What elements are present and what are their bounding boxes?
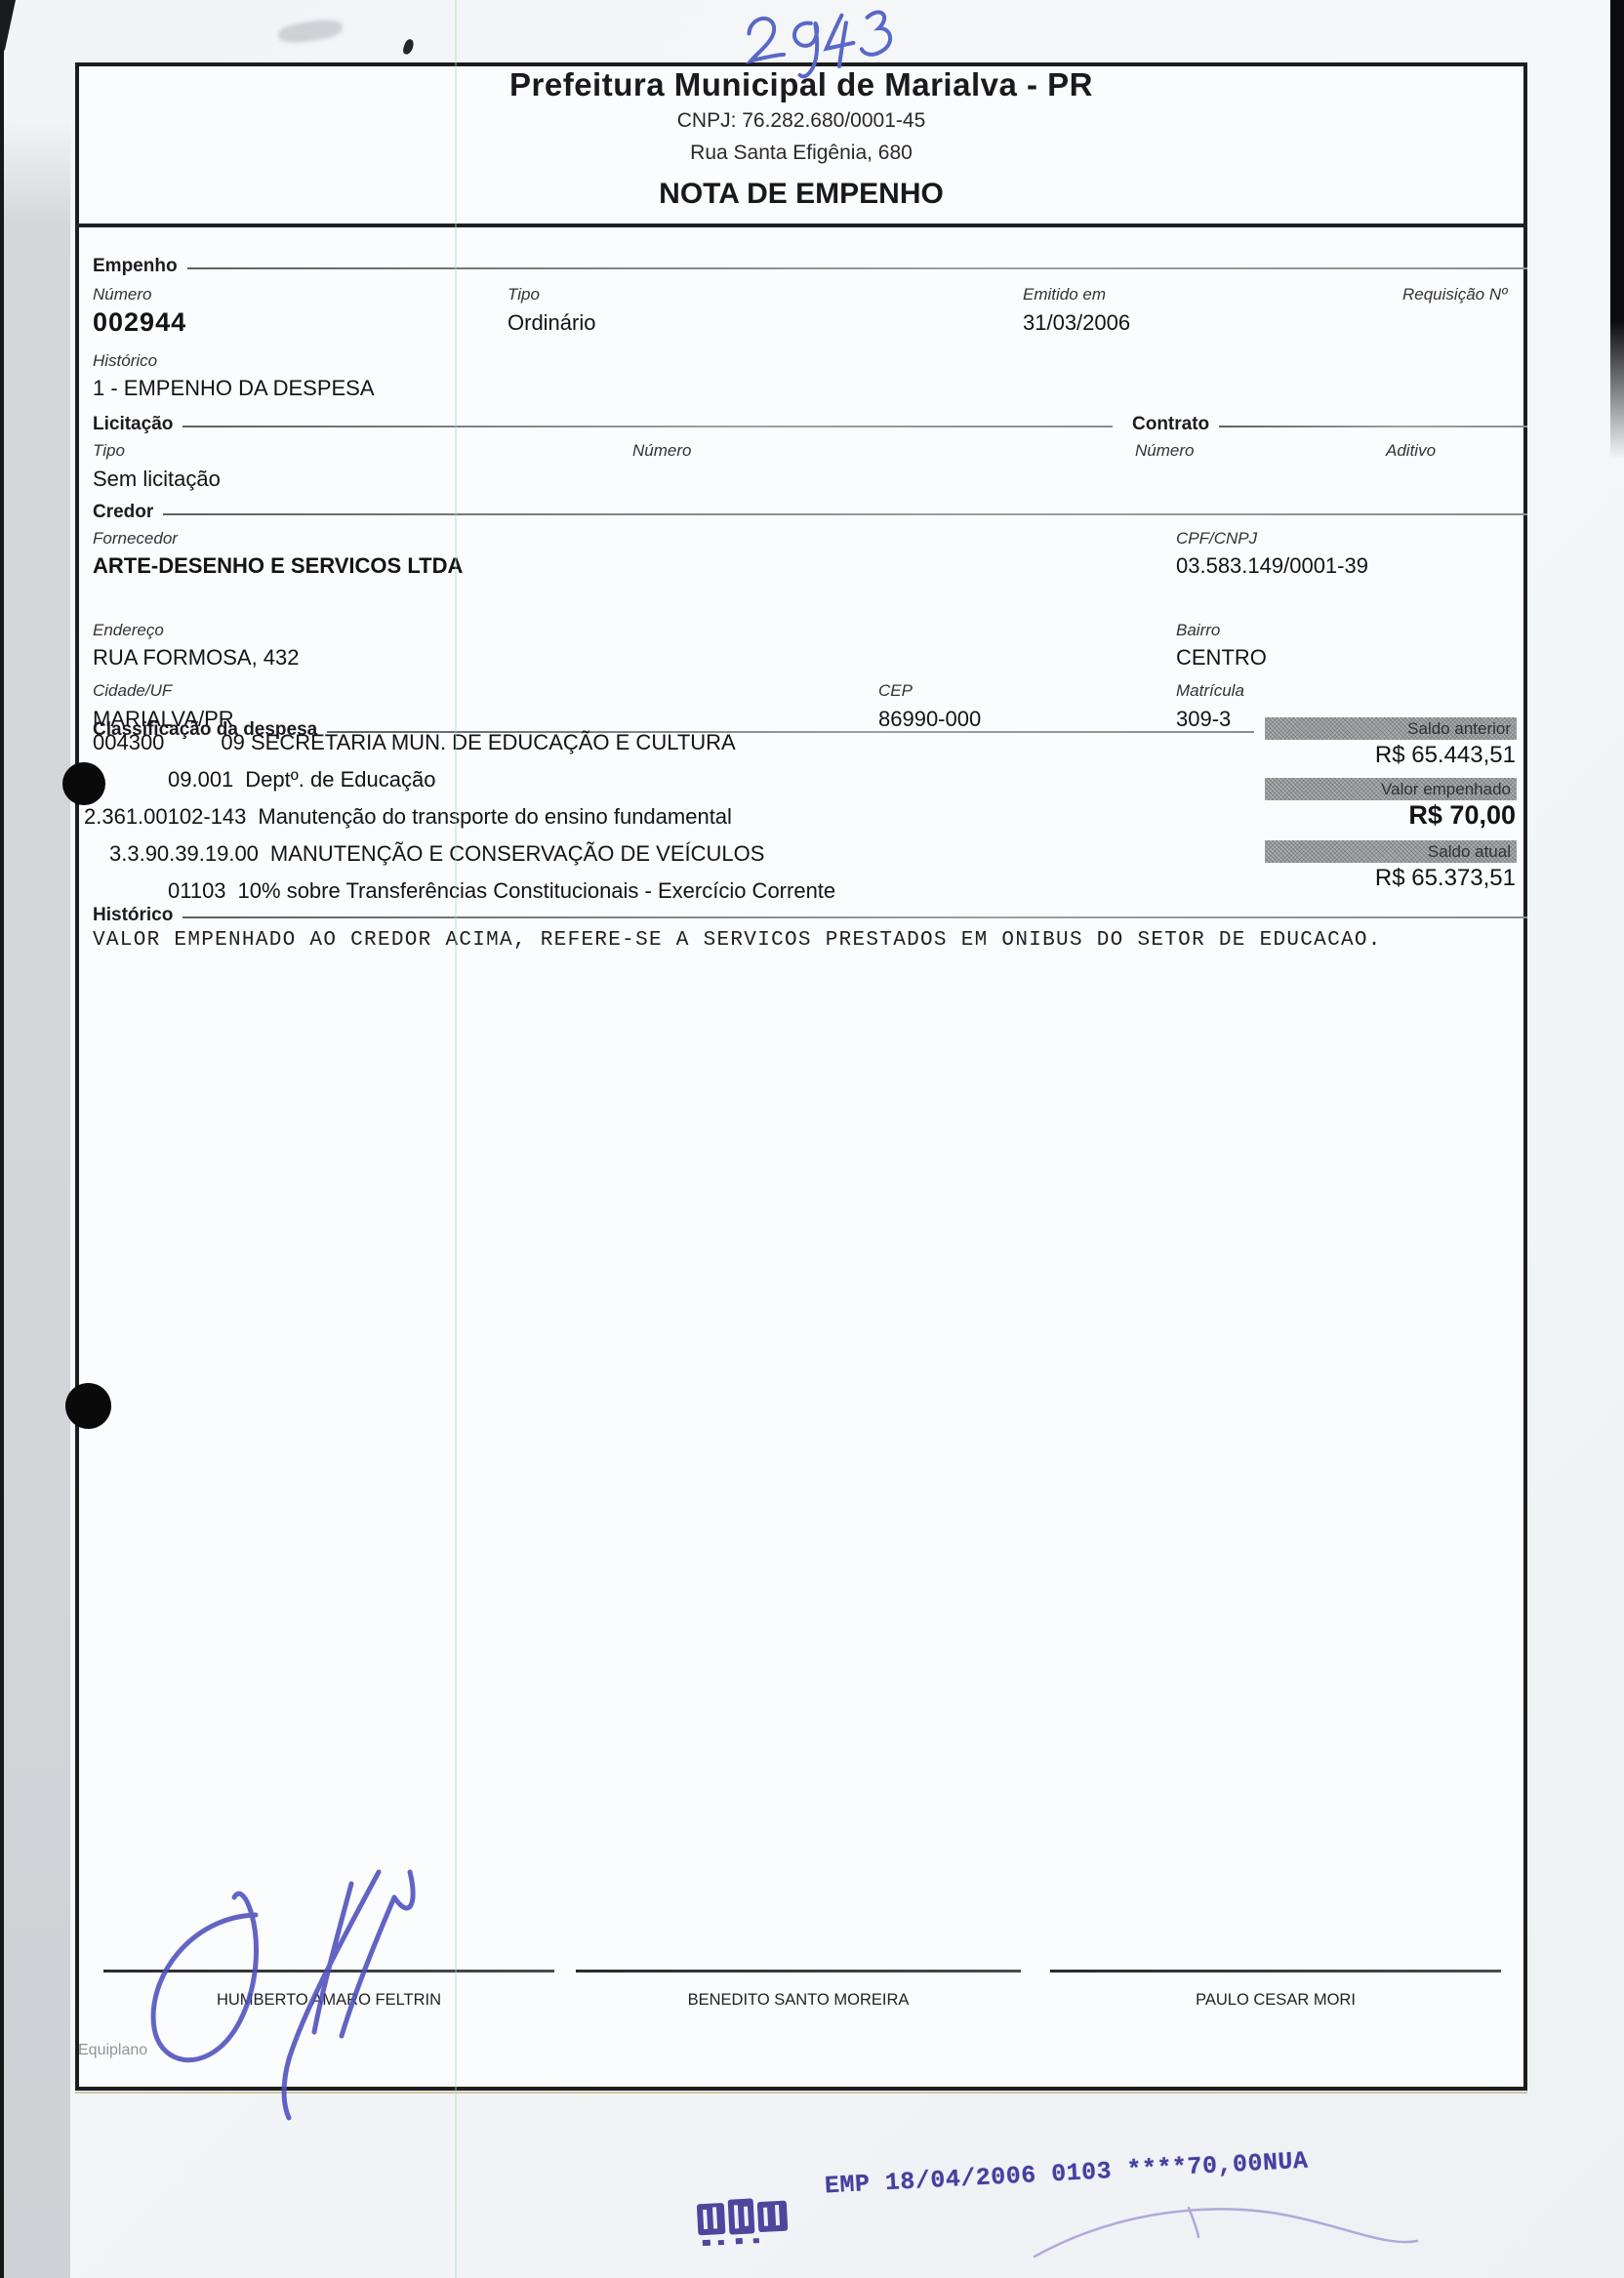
scan-fold-line: [455, 0, 457, 2278]
cpf-cnpj-value: 03.583.149/0001-39: [1176, 553, 1368, 579]
saldo-anterior-bar: Saldo anterior: [1265, 717, 1517, 740]
contrato-aditivo-label: Aditivo: [1386, 441, 1436, 461]
section-rule: [1219, 426, 1527, 427]
classification-row: 00430009 SECRETARIA MUN. DE EDUCAÇÃO E C…: [93, 730, 736, 755]
hole-punch-mark: [65, 1383, 111, 1429]
classification-row: 3.3.90.39.19.00MANUTENÇÃO E CONSERVAÇÃO …: [109, 841, 764, 867]
classification-code: 01103: [168, 878, 226, 903]
empenho-numero: 002944: [93, 307, 186, 338]
section-contrato-label: Contrato: [1132, 414, 1209, 435]
date-value-stamp: EMP 18/04/2006 0103 ****70,00NUA: [693, 2147, 1311, 2254]
scanned-nota-de-empenho: Prefeitura Municipal de Marialva - PR CN…: [0, 0, 1624, 2278]
signature-line: [576, 1970, 1021, 1973]
classification-desc: 09 SECRETARIA MUN. DE EDUCAÇÃO E CULTURA: [221, 730, 735, 754]
classification-code: 09.001: [168, 767, 233, 792]
scan-corner-mark: [0, 0, 16, 51]
licitacao-tipo-label: Tipo: [93, 441, 125, 461]
saldo-atual-bar: Saldo atual: [1265, 840, 1517, 863]
signature-line: [103, 1970, 554, 1973]
classification-row: 0110310% sobre Transferências Constituci…: [168, 878, 835, 904]
emitido-label: Emitido em: [1023, 285, 1106, 305]
section-licitacao: Licitação: [93, 414, 1113, 435]
cpf-cnpj-label: CPF/CNPJ: [1176, 529, 1257, 549]
classification-row: 09.001Deptº. de Educação: [168, 767, 435, 793]
classification-desc: Manutenção do transporte do ensino funda…: [258, 804, 732, 829]
section-rule: [187, 267, 1527, 269]
signature-line: [1050, 1970, 1501, 1973]
fornecedor-label: Fornecedor: [93, 529, 178, 549]
scan-left-edge: [0, 0, 4, 2278]
bairro-value: CENTRO: [1176, 645, 1267, 671]
document-border-frame: [75, 62, 1527, 2091]
signatory-name: BENEDITO SANTO MOREIRA: [576, 1991, 1021, 2010]
endereco-label: Endereço: [93, 621, 164, 640]
numero-label: Número: [93, 285, 151, 305]
scan-smudge: [277, 18, 344, 46]
scan-left-shadow: [0, 117, 70, 2278]
endereco-value: RUA FORMOSA, 432: [93, 645, 300, 671]
contrato-numero-label: Número: [1135, 441, 1194, 461]
licitacao-tipo: Sem licitação: [93, 467, 221, 492]
cep-label: CEP: [878, 681, 913, 701]
classification-desc: MANUTENÇÃO E CONSERVAÇÃO DE VEÍCULOS: [270, 841, 765, 866]
signatory-name: PAULO CESAR MORI: [1050, 1991, 1501, 2010]
stamp-text: EMP 18/04/2006 0103 ****70,00NUA: [824, 2147, 1309, 2201]
classification-desc: 10% sobre Transferências Constitucionais…: [238, 878, 836, 903]
empenho-historico: 1 - EMPENHO DA DESPESA: [93, 376, 375, 401]
tipo-label: Tipo: [507, 285, 540, 305]
scan-bottom-tint: [75, 2092, 1527, 2094]
software-vendor-label: Equiplano: [78, 2042, 147, 2059]
section-rule: [183, 916, 1527, 918]
section-rule: [163, 513, 1527, 515]
classification-code: 004300: [93, 730, 164, 754]
hole-punch-mark: [62, 762, 105, 805]
stamp-logo-icon: [694, 2191, 794, 2253]
valor-empenhado-bar: Valor empenhado: [1265, 778, 1517, 800]
section-contrato: Contrato: [1132, 414, 1527, 435]
empenho-tipo: Ordinário: [507, 310, 595, 336]
section-historico-label: Histórico: [93, 905, 173, 926]
section-credor-label: Credor: [93, 502, 153, 523]
scan-ink-dot: [402, 38, 416, 56]
licitacao-numero-label: Número: [632, 441, 691, 461]
saldo-atual-value: R$ 65.373,51: [1223, 865, 1516, 892]
saldo-anterior-value: R$ 65.443,51: [1223, 742, 1516, 769]
bairro-label: Bairro: [1176, 621, 1220, 640]
empenho-emitido: 31/03/2006: [1023, 310, 1130, 336]
classification-row: 2.361.00102-143Manutenção do transporte …: [84, 804, 732, 830]
classification-code: 3.3.90.39.19.00: [109, 841, 259, 866]
fornecedor-value: ARTE-DESENHO E SERVICOS LTDA: [93, 553, 463, 579]
classification-code: 2.361.00102-143: [84, 804, 246, 829]
section-empenho-label: Empenho: [93, 256, 178, 277]
document-title: NOTA DE EMPENHO: [75, 178, 1527, 211]
empenho-historico-label: Histórico: [93, 351, 157, 371]
cidade-label: Cidade/UF: [93, 681, 172, 701]
section-empenho: Empenho: [93, 256, 1527, 277]
matricula-label: Matrícula: [1176, 681, 1244, 701]
scan-right-edge: [1610, 0, 1624, 459]
header-separator: [75, 224, 1527, 227]
historico-text: VALOR EMPENHADO AO CREDOR ACIMA, REFERE-…: [93, 929, 1382, 952]
section-credor: Credor: [93, 502, 1527, 523]
municipality-cnpj: CNPJ: 76.282.680/0001-45: [75, 109, 1527, 133]
classification-desc: Deptº. de Educação: [245, 767, 435, 792]
requisicao-label: Requisição Nº: [1402, 285, 1507, 305]
section-rule: [183, 426, 1113, 427]
handwritten-page-number: [722, 0, 917, 88]
section-historico: Histórico: [93, 905, 1527, 926]
signatory-name: HUMBERTO AMARO FELTRIN: [103, 1991, 554, 2010]
valor-empenhado-value: R$ 70,00: [1223, 800, 1516, 831]
section-licitacao-label: Licitação: [93, 414, 173, 435]
municipality-address: Rua Santa Efigênia, 680: [75, 142, 1527, 165]
